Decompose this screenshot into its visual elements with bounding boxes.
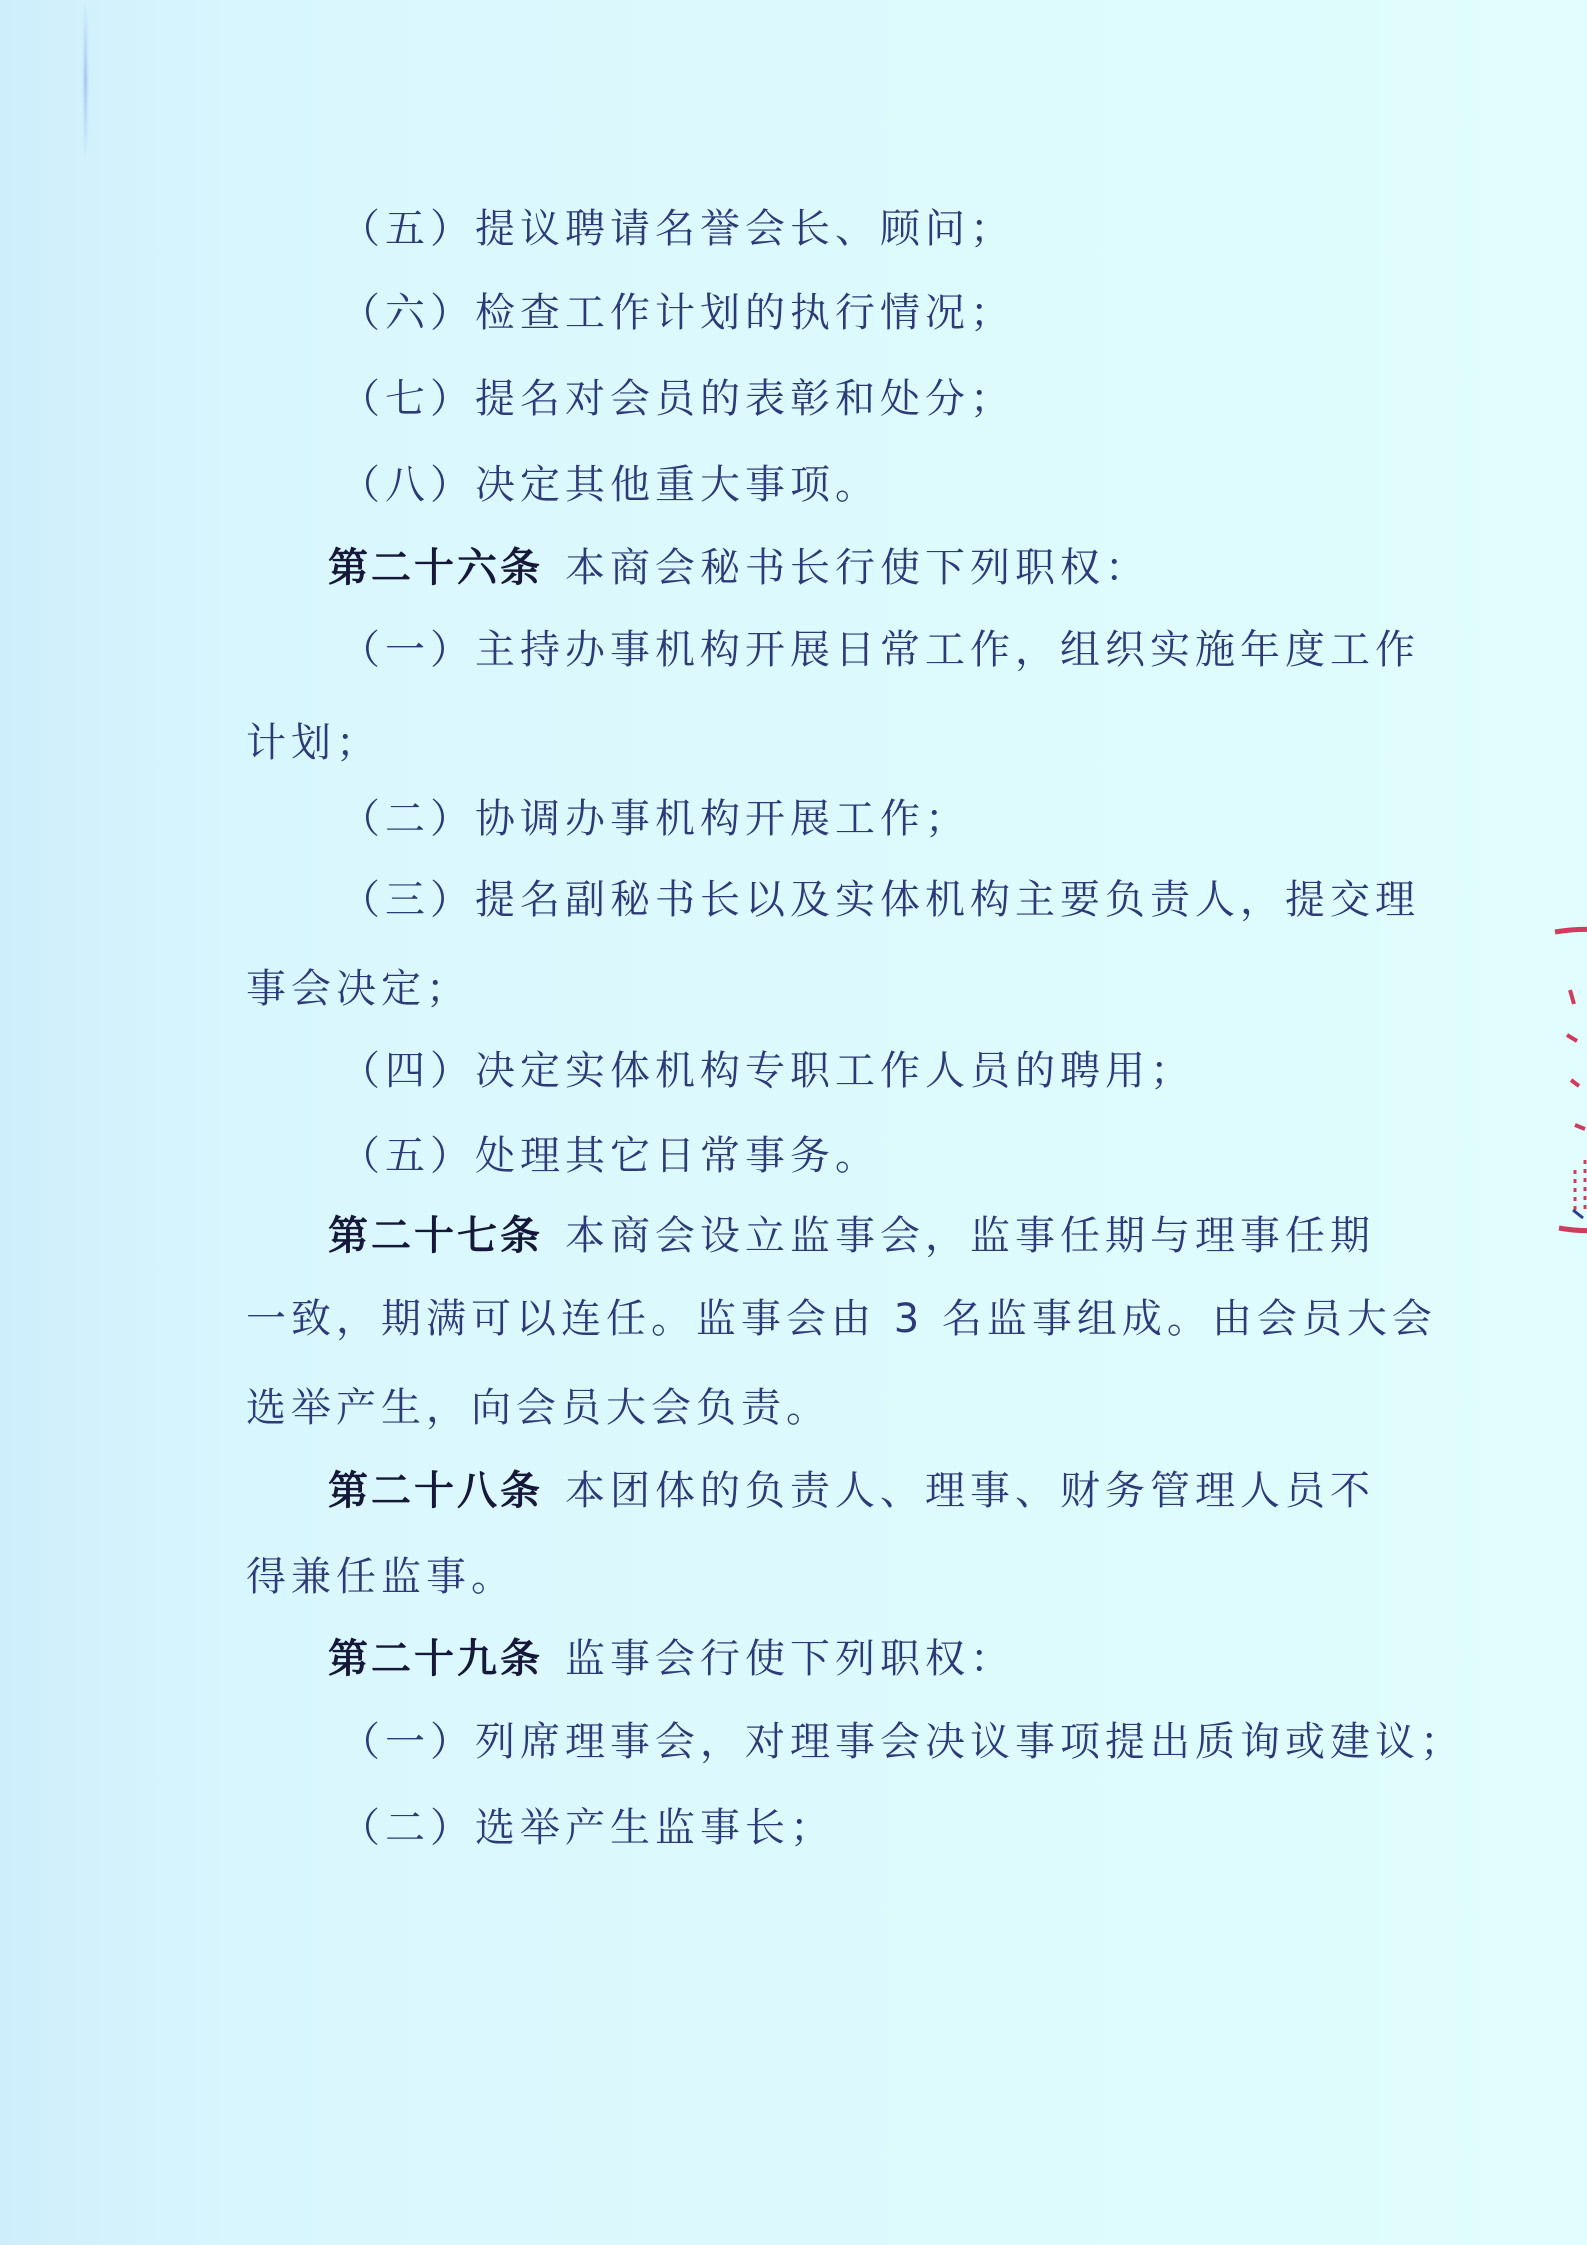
item-line: （一）列席理事会，对理事会决议事项提出质询或建议； (340, 1718, 1465, 1766)
red-seal-stamp-icon (1515, 920, 1587, 1240)
continuation-line: 事会决定； (246, 965, 471, 1013)
continuation-line: 选举产生，向会员大会负责。 (246, 1384, 831, 1432)
item-line: （八）决定其他重大事项。 (340, 461, 880, 509)
item-line: （六）检查工作计划的执行情况； (340, 289, 1015, 337)
article-heading: 第二十六条 (328, 545, 543, 591)
item-line: （四）决定实体机构专职工作人员的聘用； (340, 1047, 1195, 1095)
item-line: （五）处理其它日常事务。 (340, 1132, 880, 1180)
article-heading: 第二十七条 (328, 1213, 543, 1259)
article-text: 监事会行使下列职权： (565, 1636, 1015, 1682)
continuation-line: 计划； (246, 719, 381, 767)
continuation-line: 一致，期满可以连任。监事会由 3 名监事组成。由会员大会 (246, 1295, 1437, 1343)
document-page: （五）提议聘请名誉会长、顾问； （六）检查工作计划的执行情况； （七）提名对会员… (0, 0, 1587, 2245)
article-text: 本团体的负责人、理事、财务管理人员不 (565, 1468, 1375, 1514)
item-line: （五）提议聘请名誉会长、顾问； (340, 205, 1015, 253)
item-line: （二）选举产生监事长； (340, 1804, 835, 1852)
article-text: 本商会设立监事会，监事任期与理事任期 (565, 1213, 1375, 1259)
item-line: （七）提名对会员的表彰和处分； (340, 375, 1015, 423)
article-heading: 第二十八条 (328, 1468, 543, 1514)
article-26: 第二十六条本商会秘书长行使下列职权： (328, 544, 1150, 592)
article-27: 第二十七条本商会设立监事会，监事任期与理事任期 (328, 1212, 1375, 1260)
item-line: （三）提名副秘书长以及实体机构主要负责人，提交理 (340, 876, 1420, 924)
item-line: （二）协调办事机构开展工作； (340, 795, 970, 843)
item-line: （一）主持办事机构开展日常工作，组织实施年度工作 (340, 626, 1420, 674)
article-28: 第二十八条本团体的负责人、理事、财务管理人员不 (328, 1467, 1375, 1515)
article-heading: 第二十九条 (328, 1636, 543, 1682)
article-text: 本商会秘书长行使下列职权： (565, 545, 1150, 591)
continuation-line: 得兼任监事。 (246, 1553, 516, 1601)
article-29: 第二十九条监事会行使下列职权： (328, 1635, 1015, 1683)
